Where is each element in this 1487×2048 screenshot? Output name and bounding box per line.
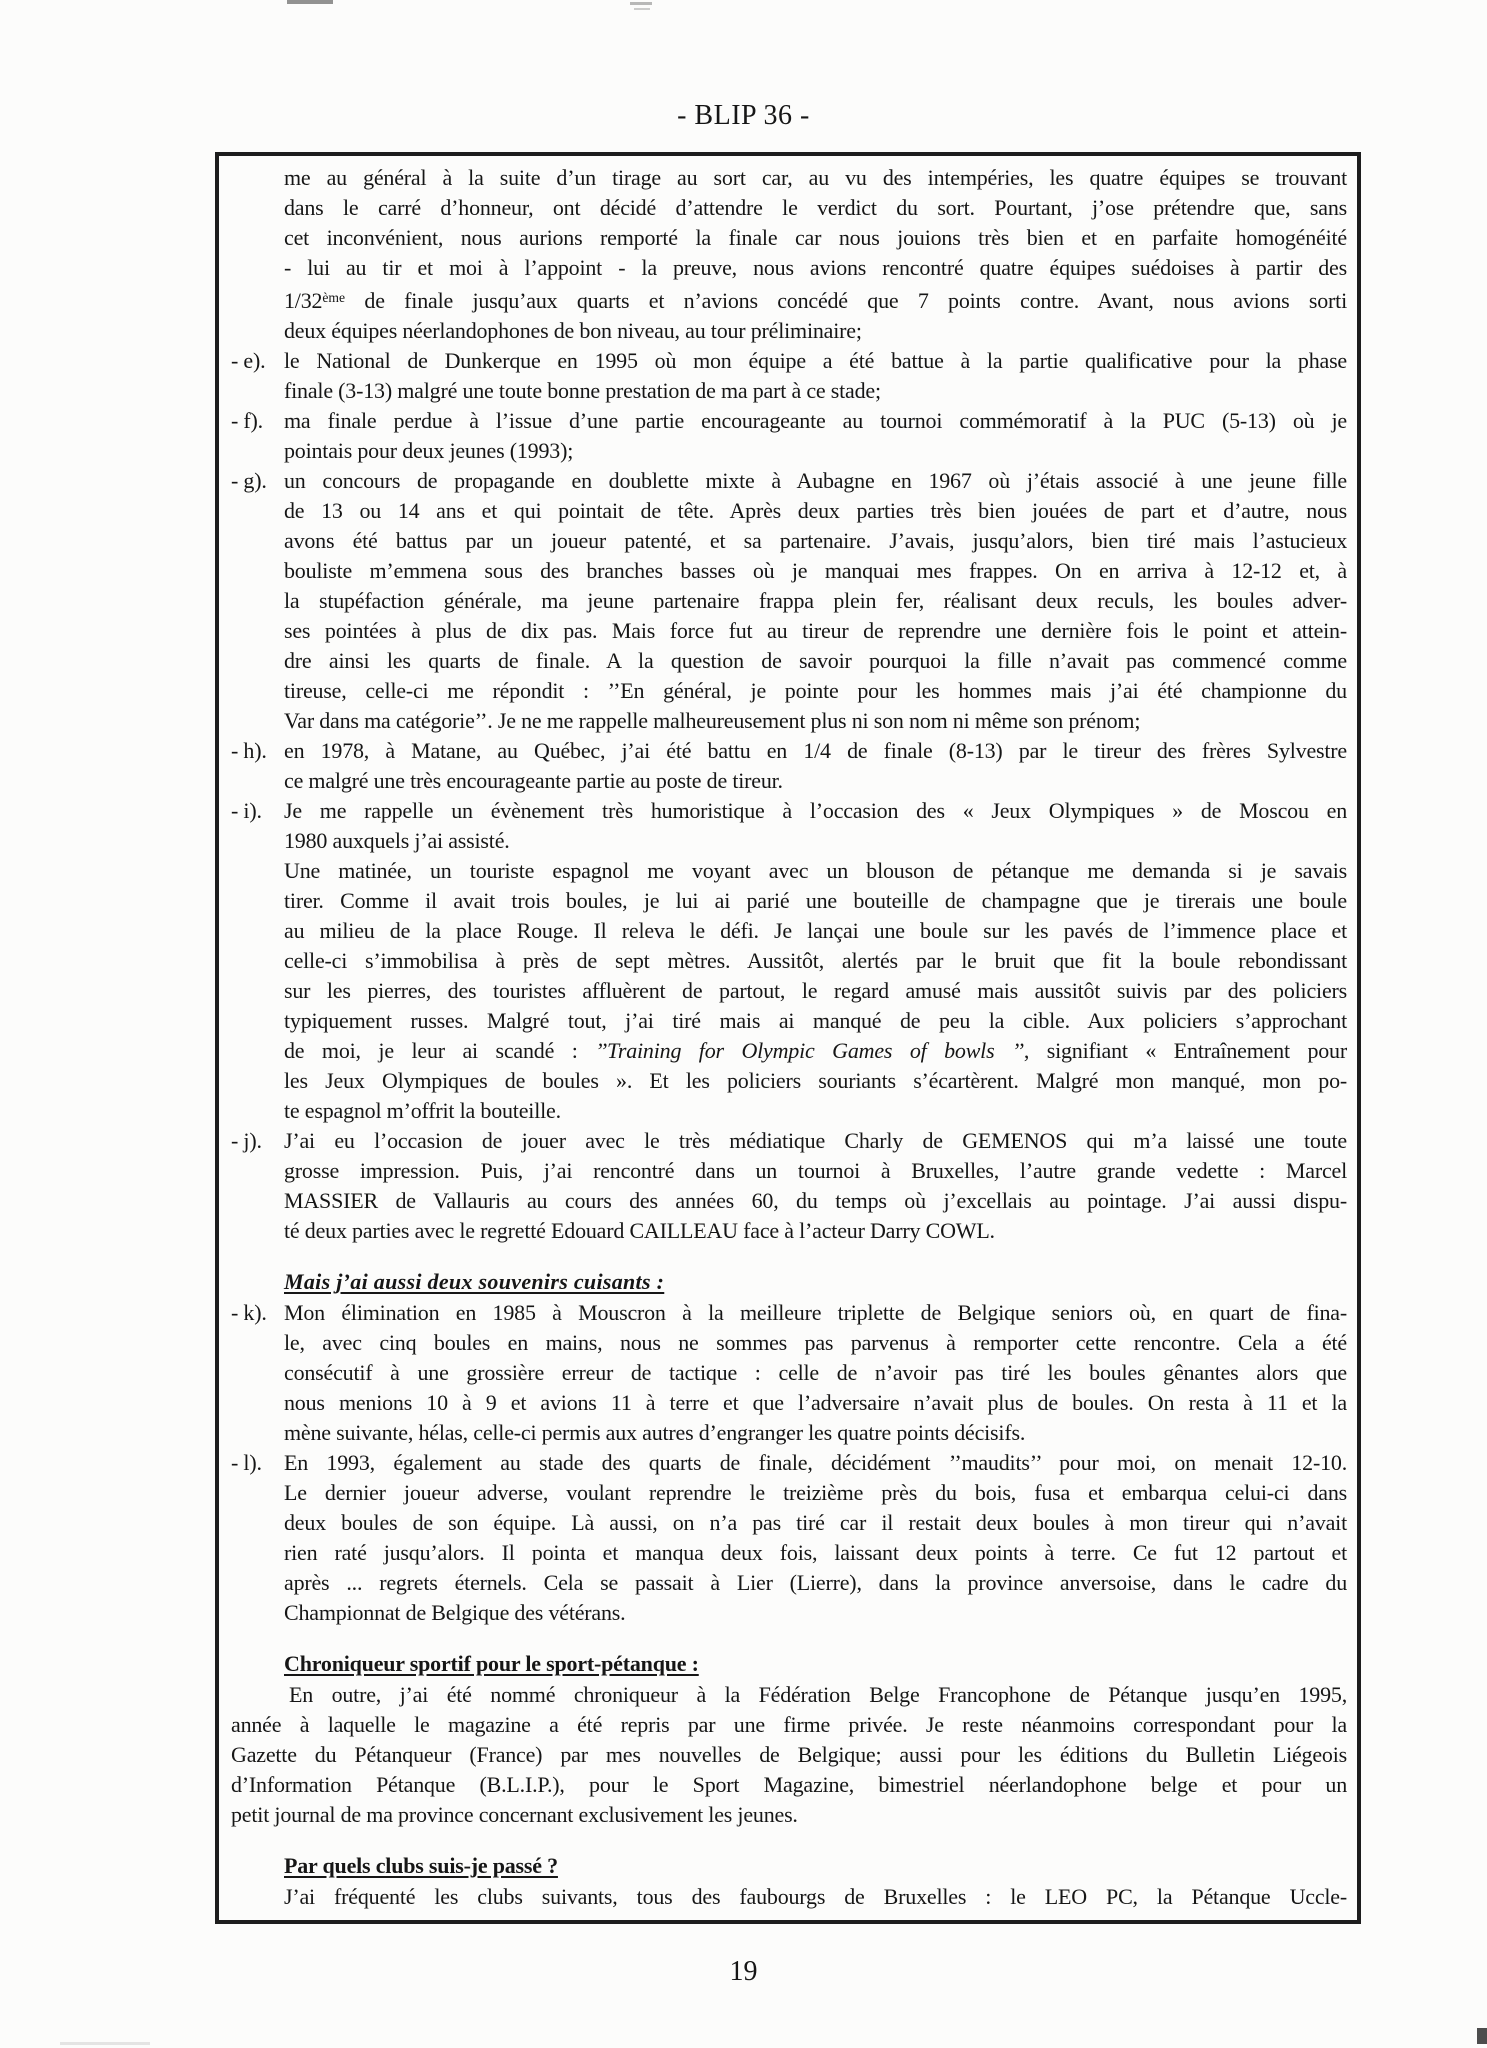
text-line: ce malgré une très encourageante partie … [284, 766, 1347, 796]
paragraph: J’ai fréquenté les clubs suivants, tous … [284, 1882, 1347, 1912]
text-line: 1/32ème de finale jusqu’aux quarts et n’… [284, 283, 1347, 316]
text-line: En 1993, également au stade des quarts d… [284, 1448, 1347, 1478]
paragraph: En outre, j’ai été nommé chroniqueur à l… [231, 1680, 1347, 1830]
text-line: finale (3-13) malgré une toute bonne pre… [284, 376, 1347, 406]
text-line: année à laquelle le magazine a été repri… [231, 1710, 1347, 1740]
text-line: MASSIER de Vallauris au cours des années… [284, 1186, 1347, 1216]
text-line: celle-ci s’immobilisa à près de sept mèt… [284, 946, 1347, 976]
text-line: tireuse, celle-ci me répondit : ’’En gén… [284, 676, 1347, 706]
text-line: la stupéfaction générale, ma jeune parte… [284, 586, 1347, 616]
text-line: un concours de propagande en doublette m… [284, 466, 1347, 496]
list-item-label: - g). [231, 466, 267, 496]
paragraph: - e).le National de Dunkerque en 1995 où… [284, 346, 1347, 406]
text-line: deux équipes néerlandophones de bon nive… [284, 316, 1347, 346]
scan-artifact [60, 2042, 150, 2045]
text-line: de 13 ou 14 ans et qui pointait de tête.… [284, 496, 1347, 526]
page-number: 19 [0, 1956, 1487, 1988]
heading-text: Mais j’ai aussi deux souvenirs cuisants … [284, 1269, 664, 1294]
list-item-label: - e). [231, 346, 265, 376]
text-line: Le dernier joueur adverse, voulant repre… [284, 1478, 1347, 1508]
list-item-label: - j). [231, 1126, 262, 1156]
paragraph: - h).en 1978, à Matane, au Québec, j’ai … [284, 736, 1347, 796]
list-item-label: - k). [231, 1298, 267, 1328]
text-line: les Jeux Olympiques de boules ». Et les … [284, 1066, 1347, 1096]
text-line: Je me rappelle un évènement très humoris… [284, 796, 1347, 826]
text-line: nous menions 10 à 9 et avions 11 à terre… [284, 1388, 1347, 1418]
text-line: sur les pierres, des touristes affluèren… [284, 976, 1347, 1006]
text-line: En outre, j’ai été nommé chroniqueur à l… [231, 1680, 1347, 1710]
text-line: - lui au tir et moi à l’appoint - la pre… [284, 253, 1347, 283]
text-line: ses pointées à plus de dix pas. Mais for… [284, 616, 1347, 646]
paragraph: - j).J’ai eu l’occasion de jouer avec le… [284, 1126, 1347, 1246]
section-heading: Mais j’ai aussi deux souvenirs cuisants … [284, 1267, 1347, 1297]
content-frame: me au général à la suite d’un tirage au … [215, 152, 1361, 1924]
paragraph: - f).ma finale perdue à l’issue d’une pa… [284, 406, 1347, 466]
text-line: bouliste m’emmena sous des branches bass… [284, 556, 1347, 586]
scan-artifact [1477, 2028, 1487, 2044]
text-line: 1980 auxquels j’ai assisté. [284, 826, 1347, 856]
text-line: d’Information Pétanque (B.L.I.P.), pour … [231, 1770, 1347, 1800]
text-line: typiquement russes. Malgré tout, j’ai ti… [284, 1006, 1347, 1036]
text-line: le, avec cinq boules en mains, nous ne s… [284, 1328, 1347, 1358]
text-line: pointais pour deux jeunes (1993); [284, 436, 1347, 466]
document-body: me au général à la suite d’un tirage au … [231, 163, 1347, 1912]
section-heading: Chroniqueur sportif pour le sport-pétanq… [284, 1649, 1347, 1679]
text-line: té deux parties avec le regretté Edouard… [284, 1216, 1347, 1246]
text-line: Mon élimination en 1985 à Mouscron à la … [284, 1298, 1347, 1328]
text-line: Gazette du Pétanqueur (France) par mes n… [231, 1740, 1347, 1770]
text-line: dre ainsi les quarts de finale. A la que… [284, 646, 1347, 676]
text-line: rien raté jusqu’alors. Il pointa et manq… [284, 1538, 1347, 1568]
list-item-label: - f). [231, 406, 263, 436]
text-line: Var dans ma catégorie’’. Je ne me rappel… [284, 706, 1347, 736]
scanned-page: - BLIP 36 - me au général à la suite d’u… [0, 0, 1487, 2048]
text-line: me au général à la suite d’un tirage au … [284, 163, 1347, 193]
text-line: ma finale perdue à l’issue d’une partie … [284, 406, 1347, 436]
scan-artifact [630, 2, 652, 5]
text-line: tirer. Comme il avait trois boules, je l… [284, 886, 1347, 916]
paragraph: - l).En 1993, également au stade des qua… [284, 1448, 1347, 1628]
text-line: Championnat de Belgique des vétérans. [284, 1598, 1347, 1628]
paragraph: - k).Mon élimination en 1985 à Mouscron … [284, 1298, 1347, 1448]
text-line: au milieu de la place Rouge. Il releva l… [284, 916, 1347, 946]
text-line: petit journal de ma province concernant … [231, 1800, 1347, 1830]
text-line: de moi, je leur ai scandé : ’’Training f… [284, 1036, 1347, 1066]
text-line: J’ai eu l’occasion de jouer avec le très… [284, 1126, 1347, 1156]
paragraph: me au général à la suite d’un tirage au … [284, 163, 1347, 346]
text-line: grosse impression. Puis, j’ai rencontré … [284, 1156, 1347, 1186]
page-header-title: - BLIP 36 - [0, 100, 1487, 132]
text-line: le National de Dunkerque en 1995 où mon … [284, 346, 1347, 376]
text-line: consécutif à une grossière erreur de tac… [284, 1358, 1347, 1388]
text-line: cet inconvénient, nous aurions remporté … [284, 223, 1347, 253]
text-line: après ... regrets éternels. Cela se pass… [284, 1568, 1347, 1598]
text-line: dans le carré d’honneur, ont décidé d’at… [284, 193, 1347, 223]
list-item-label: - h). [231, 736, 267, 766]
list-item-label: - i). [231, 796, 262, 826]
text-line: te espagnol m’offrit la bouteille. [284, 1096, 1347, 1126]
paragraph: - i).Je me rappelle un évènement très hu… [284, 796, 1347, 1126]
list-item-label: - l). [231, 1448, 262, 1478]
text-line: Une matinée, un touriste espagnol me voy… [284, 856, 1347, 886]
scan-artifact [634, 8, 650, 10]
text-line: avons été battus par un joueur patenté, … [284, 526, 1347, 556]
heading-text: Par quels clubs suis-je passé ? [284, 1853, 558, 1878]
heading-text: Chroniqueur sportif pour le sport-pétanq… [284, 1651, 699, 1676]
text-line: en 1978, à Matane, au Québec, j’ai été b… [284, 736, 1347, 766]
text-line: deux boules de son équipe. Là aussi, on … [284, 1508, 1347, 1538]
scan-artifact [287, 0, 333, 4]
section-heading: Par quels clubs suis-je passé ? [284, 1851, 1347, 1881]
text-line: J’ai fréquenté les clubs suivants, tous … [284, 1882, 1347, 1912]
paragraph: - g).un concours de propagande en double… [284, 466, 1347, 736]
text-line: mène suivante, hélas, celle-ci permis au… [284, 1418, 1347, 1448]
